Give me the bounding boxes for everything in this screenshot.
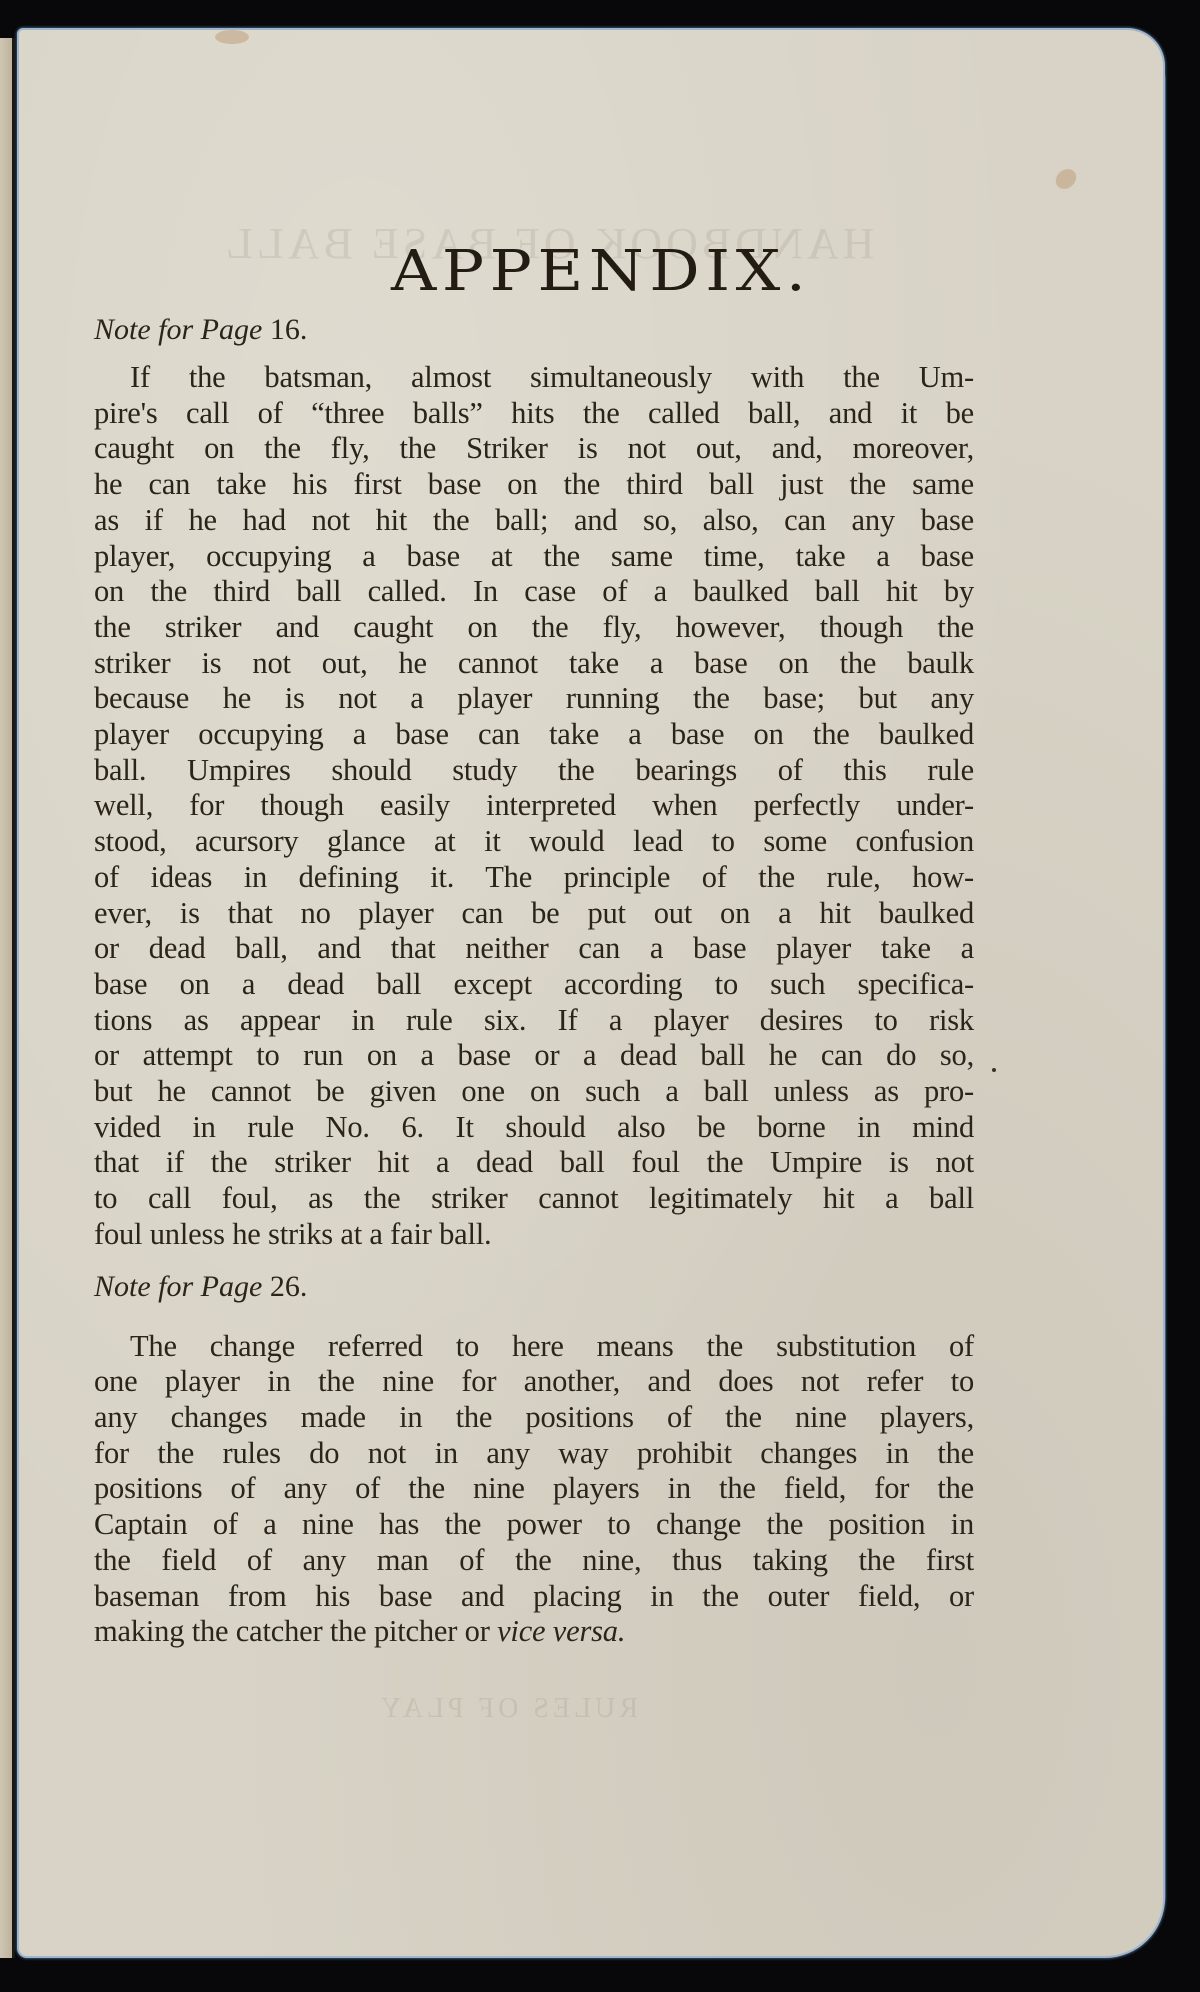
text-line: well, for though easily interpreted when… <box>94 788 974 824</box>
note-heading-label: Note for Page <box>94 1270 262 1303</box>
text-line: to call foul, as the striker cannot legi… <box>94 1181 974 1217</box>
text-line: or dead ball, and that neither can a bas… <box>94 931 974 967</box>
text-line: that if the striker hit a dead ball foul… <box>94 1145 974 1181</box>
print-speck <box>992 1068 996 1072</box>
text-line: ever, is that no player can be put out o… <box>94 896 974 932</box>
text-line: any changes made in the positions of the… <box>94 1400 974 1436</box>
note-heading-label: Note for Page <box>94 313 262 346</box>
note-heading-page-26: Note for Page 26. <box>94 1267 974 1307</box>
bleed-through-text: RULES OF PLAY <box>377 1693 638 1725</box>
text-line: on the third ball called. In case of a b… <box>94 574 974 610</box>
note-heading-page-number: 16. <box>270 313 308 346</box>
text-line: The change referred to here means the su… <box>94 1329 974 1365</box>
italic-phrase: vice versa. <box>497 1614 625 1648</box>
text-line: If the batsman, almost simultaneously wi… <box>94 360 974 396</box>
text-line: stood, acursory glance at it would lead … <box>94 824 974 860</box>
text-line: or attempt to run on a base or a dead ba… <box>94 1038 974 1074</box>
text-line: player, occupying a base at the same tim… <box>94 539 974 575</box>
adjacent-page-edge <box>0 38 15 1958</box>
text-line-final: making the catcher the pitcher or vice v… <box>94 1614 974 1650</box>
text-line: of ideas in defining it. The principle o… <box>94 860 974 896</box>
page-content: APPENDIX. Note for Page 16. If the batsm… <box>94 240 974 1650</box>
text-line: positions of any of the nine players in … <box>94 1471 974 1507</box>
note-heading-page-number: 26. <box>270 1270 308 1303</box>
paper-stain <box>215 30 249 44</box>
text-line: baseman from his base and placing in the… <box>94 1579 974 1615</box>
text-line: tions as appear in rule six. If a player… <box>94 1003 974 1039</box>
text-line: the field of any man of the nine, thus t… <box>94 1543 974 1579</box>
text-line: Captain of a nine has the power to chang… <box>94 1507 974 1543</box>
text-line: one player in the nine for another, and … <box>94 1364 974 1400</box>
text-line: base on a dead ball except according to … <box>94 967 974 1003</box>
text-line: vided in rule No. 6. It should also be b… <box>94 1110 974 1146</box>
text-line: but he cannot be given one on such a bal… <box>94 1074 974 1110</box>
text-line: striker is not out, he cannot take a bas… <box>94 646 974 682</box>
page-title: APPENDIX. <box>41 240 1027 304</box>
text-line: ball. Umpires should study the bearings … <box>94 753 974 789</box>
text-line: as if he had not hit the ball; and so, a… <box>94 503 974 539</box>
note-paragraph-page-26: The change referred to here means the su… <box>94 1329 974 1650</box>
text-line: he can take his first base on the third … <box>94 467 974 503</box>
paper-stain <box>1052 165 1080 193</box>
text-line: pire's call of “three balls” hits the ca… <box>94 396 974 432</box>
note-heading-page-16: Note for Page 16. <box>94 310 974 350</box>
text-line: because he is not a player running the b… <box>94 681 974 717</box>
text-line: foul unless he striks at a fair ball. <box>94 1217 974 1253</box>
note-paragraph-page-16: If the batsman, almost simultaneously wi… <box>94 360 974 1253</box>
text-line: caught on the fly, the Striker is not ou… <box>94 431 974 467</box>
text-line: the striker and caught on the fly, howev… <box>94 610 974 646</box>
text-line: player occupying a base can take a base … <box>94 717 974 753</box>
text-segment: making the catcher the pitcher or <box>94 1614 497 1648</box>
text-line: for the rules do not in any way prohibit… <box>94 1436 974 1472</box>
